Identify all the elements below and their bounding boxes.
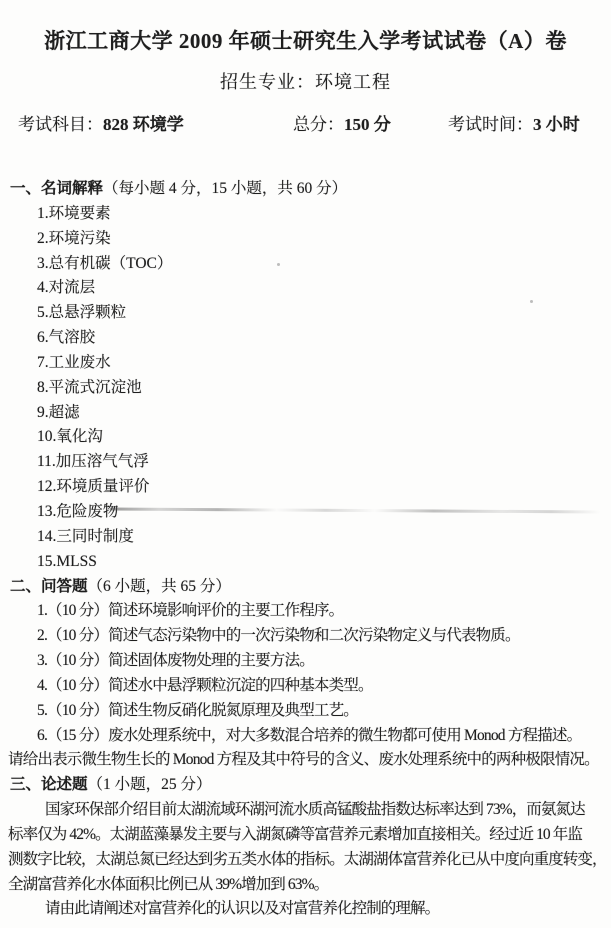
question-item: 1.环境要素 (8, 202, 603, 227)
exam-subject-label: 考试科目： (18, 115, 103, 134)
question-item: 1.（10 分）简述环境影响评价的主要工作程序。 (8, 599, 603, 624)
section-2-heading: 二、问答题（6 小题，共 65 分） (8, 575, 603, 600)
section-1-number: 一、 (10, 180, 41, 197)
section-essay: 三、论述题（1 小题，25 分） 国家环保部介绍目前太湖流域环湖河流水质高锰酸盐… (8, 773, 603, 922)
section-3-note: （1 小题，25 分） (88, 776, 212, 793)
essay-paragraph-line: 全湖富营养化水体面积比例已从 39%增加到 63%。 (8, 873, 603, 898)
question-item: 4.（10 分）简述水中悬浮颗粒沉淀的四种基本类型。 (8, 674, 603, 699)
exam-body: 一、名词解释（每小题 4 分，15 小题，共 60 分） 1.环境要素 2.环境… (0, 177, 611, 922)
exam-info-row: 考试科目：828 环境学 总分：150 分 考试时间：3 小时 (0, 110, 611, 135)
section-2-title: 问答题 (41, 578, 88, 595)
essay-closing-line: 请由此请阐述对富营养化的认识以及对富营养化控制的理解。 (8, 897, 603, 922)
exam-duration-value: 3 小时 (533, 115, 580, 134)
exam-subject: 考试科目：828 环境学 (18, 110, 293, 135)
section-1-heading: 一、名词解释（每小题 4 分，15 小题，共 60 分） (8, 177, 603, 202)
admission-major-line: 招生专业：环境工程 (0, 68, 611, 94)
question-item: 2.环境污染 (8, 227, 603, 252)
scan-artifact-speck (277, 263, 280, 266)
section-3-title: 论述题 (41, 776, 88, 793)
question-item: 3.（10 分）简述固体废物处理的主要方法。 (8, 649, 603, 674)
question-item-continuation: 请给出表示微生物生长的 Monod 方程及其中符号的含义、废水处理系统中的两种极… (8, 748, 603, 773)
section-short-answer: 二、问答题（6 小题，共 65 分） 1.（10 分）简述环境影响评价的主要工作… (8, 575, 603, 774)
page-title: 浙江工商大学 2009 年硕士研究生入学考试试卷（A）卷 (0, 0, 611, 55)
question-item: 12.环境质量评价 (8, 475, 603, 500)
section-3-number: 三、 (10, 776, 41, 793)
section-1-title: 名词解释 (41, 180, 103, 197)
question-item: 5.（10 分）简述生物反硝化脱氮原理及典型工艺。 (8, 699, 603, 724)
question-item: 7.工业废水 (8, 351, 603, 376)
section-1-note: （每小题 4 分，15 小题，共 60 分） (103, 180, 347, 197)
question-item: 5.总悬浮颗粒 (8, 301, 603, 326)
question-item: 14.三同时制度 (8, 525, 603, 550)
question-item: 8.平流式沉淀池 (8, 376, 603, 401)
section-definitions: 一、名词解释（每小题 4 分，15 小题，共 60 分） 1.环境要素 2.环境… (8, 177, 603, 575)
essay-paragraph-line: 测数字比较，太湖总氮已经达到劣五类水体的指标。太湖湖体富营养化已从中度向重度转变… (8, 848, 603, 873)
question-item: 6.（15 分）废水处理系统中，对大多数混合培养的微生物都可使用 Monod 方… (8, 724, 603, 749)
question-item: 3.总有机碳（TOC） (8, 252, 603, 277)
essay-paragraph-line: 国家环保部介绍目前太湖流域环湖河流水质高锰酸盐指数达标率达到 73%，而氨氮达 (8, 798, 603, 823)
question-item: 11.加压溶气气浮 (8, 450, 603, 475)
essay-paragraph-line: 标率仅为 42%。太湖蓝藻暴发主要与入湖氮磷等富营养元素增加直接相关。经过近 1… (8, 823, 603, 848)
question-item: 6.气溶胶 (8, 326, 603, 351)
section-2-note: （6 小题，共 65 分） (88, 578, 231, 595)
total-score-label: 总分： (293, 115, 344, 134)
question-item: 2.（10 分）简述气态污染物中的一次污染物和二次污染物定义与代表物质。 (8, 624, 603, 649)
question-item: 15.MLSS (8, 550, 603, 575)
exam-subject-value: 828 环境学 (103, 115, 184, 134)
question-item: 9.超滤 (8, 401, 603, 426)
question-item: 4.对流层 (8, 276, 603, 301)
section-3-heading: 三、论述题（1 小题，25 分） (8, 773, 603, 798)
exam-duration: 考试时间：3 小时 (448, 110, 611, 135)
scan-artifact-speck (530, 300, 533, 303)
total-score: 总分：150 分 (293, 110, 448, 135)
section-2-number: 二、 (10, 578, 41, 595)
question-item: 10.氧化沟 (8, 425, 603, 450)
exam-duration-label: 考试时间： (448, 115, 533, 134)
exam-paper-page: 浙江工商大学 2009 年硕士研究生入学考试试卷（A）卷 招生专业：环境工程 考… (0, 0, 611, 928)
total-score-value: 150 分 (344, 115, 391, 134)
